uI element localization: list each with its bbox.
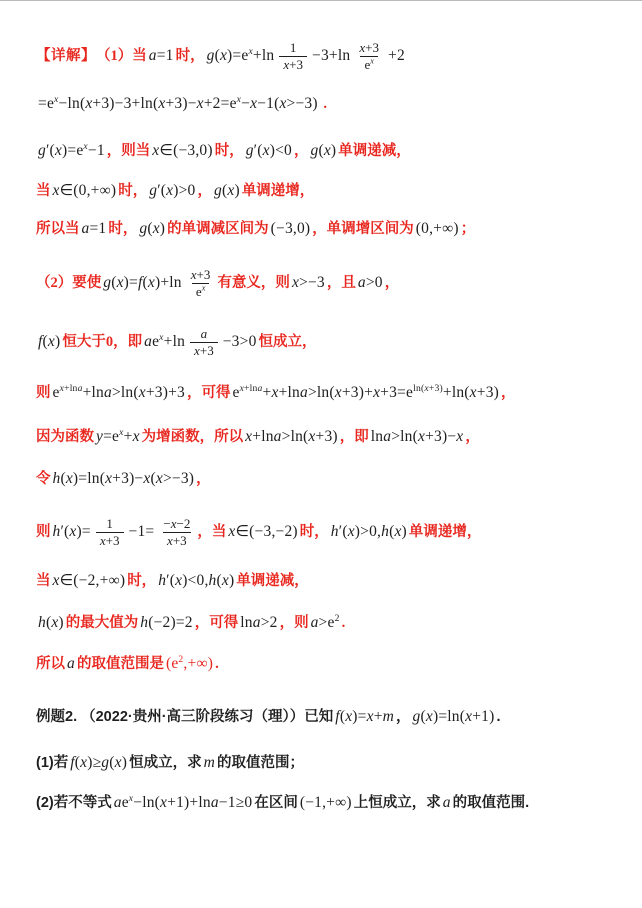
text-run: 的最大值为 xyxy=(66,615,139,632)
doc-line-6: （2）要使g(x)=f(x)+lnx+3ex有意义，则x>−3，且a>0， xyxy=(36,253,638,313)
math-run: ex+lna+lna>ln(x+3)+3 xyxy=(53,384,185,402)
fraction: x+3ex xyxy=(355,41,383,71)
math-run: h′(x)>0,h(x) xyxy=(331,523,407,541)
math-run: y=ex+x xyxy=(96,428,140,446)
fraction: 1x+3 xyxy=(279,41,307,71)
math-run: a xyxy=(443,794,451,812)
text-run: 则 xyxy=(36,524,51,541)
math-run: (0,+∞) xyxy=(416,220,459,238)
text-run: ，则当 xyxy=(107,143,151,160)
math-run: (e2,+∞) xyxy=(166,655,213,673)
text-run: ； xyxy=(461,221,476,238)
text-run: 恒成立， xyxy=(259,334,317,351)
math-run: =ex−ln(x+3)−3+ln(x+3)−x+2=ex−x−1(x>−3) xyxy=(38,95,318,113)
math-run: ex+lna+x+lna>ln(x+3)+x+3=eln(x+3)+ln(x+3… xyxy=(232,384,499,402)
math-run: (−3,0) xyxy=(271,220,311,238)
text-run: 恒大于0，即 xyxy=(62,334,142,351)
text-run: 时， xyxy=(300,524,329,541)
text-run: ，即 xyxy=(340,429,369,446)
doc-line-10: 令h(x)=ln(x+3)−x(x>−3)， xyxy=(36,449,638,509)
text-run: 单调递增， xyxy=(242,183,315,200)
text-run: 的取值范围； xyxy=(217,755,304,772)
text-run: (2)若不等式 xyxy=(36,795,112,812)
text-run: 所以当 xyxy=(36,221,80,238)
text-run: . xyxy=(320,96,327,113)
text-run: . xyxy=(496,709,500,726)
text-run: 恒成立，求 xyxy=(129,755,202,772)
math-run: g(x) xyxy=(214,182,240,200)
fraction: −x−2x+3 xyxy=(159,517,194,547)
text-run: ， xyxy=(294,143,309,160)
text-run: 当 xyxy=(36,573,51,590)
text-run: 时， xyxy=(118,183,147,200)
text-run: . xyxy=(342,615,346,632)
text-run: ，且 xyxy=(327,275,356,292)
text-run: 时， xyxy=(176,48,205,65)
math-run: −3>0 xyxy=(223,333,257,351)
text-run: 时， xyxy=(215,143,244,160)
math-run: a>e2 xyxy=(311,614,340,632)
math-run: a xyxy=(67,655,75,673)
text-run: 单调递增， xyxy=(409,524,482,541)
math-run: x∈(−3,0) xyxy=(152,142,212,160)
text-run: ， xyxy=(196,471,211,488)
math-run: x>−3 xyxy=(292,274,325,292)
math-run: −1= xyxy=(129,523,155,541)
text-run: （2）要使 xyxy=(36,275,101,292)
text-run: ，可得 xyxy=(187,385,231,402)
fraction: ax+3 xyxy=(190,327,218,357)
math-run: aex+ln xyxy=(144,333,185,351)
math-run: x∈(−2,+∞) xyxy=(53,572,126,590)
math-run: a=1 xyxy=(149,47,174,65)
doc-line-14: 所以a的取值范围是(e2,+∞). xyxy=(36,634,638,694)
text-run: ， xyxy=(385,275,400,292)
text-run: 时， xyxy=(108,221,137,238)
math-run: a>0 xyxy=(358,274,383,292)
math-run: lna>2 xyxy=(240,614,277,632)
math-run: a=1 xyxy=(82,220,107,238)
text-run: ，单调增区间为 xyxy=(312,221,414,238)
math-run: h(x)=ln(x+3)−x(x>−3) xyxy=(53,470,195,488)
math-run: +2 xyxy=(388,47,405,65)
math-run: g(x) xyxy=(310,142,336,160)
math-run: g′(x)<0 xyxy=(246,142,292,160)
math-run: g′(x)=ex−1 xyxy=(38,142,105,160)
math-run: g(x)=ex+ln xyxy=(207,47,275,65)
math-run: g(x) xyxy=(139,220,165,238)
math-run: aex−ln(x+1)+lna−1≥0 xyxy=(114,794,253,812)
math-run: h′(x)<0,h(x) xyxy=(158,572,234,590)
text-run: 有意义，则 xyxy=(217,275,290,292)
text-run: 单调递减， xyxy=(338,143,411,160)
math-run: x+lna>ln(x+3) xyxy=(245,428,338,446)
text-run: 在区间 xyxy=(254,795,298,812)
text-run: 则 xyxy=(36,385,51,402)
text-run: 【详解】 xyxy=(36,48,96,65)
math-run: h(−2)=2 xyxy=(140,614,192,632)
text-run: 的取值范围是 xyxy=(77,656,164,673)
text-run: 令 xyxy=(36,471,51,488)
text-run: 为增函数，所以 xyxy=(142,429,244,446)
fraction: x+3ex xyxy=(187,268,215,298)
math-run: h′(x)= xyxy=(53,523,91,541)
fraction: 1x+3 xyxy=(96,517,124,547)
math-run: f(x)≥g(x) xyxy=(70,754,127,772)
math-run: −3+ln xyxy=(312,47,350,65)
text-run: 的取值范围. xyxy=(453,795,530,812)
math-run: h(x) xyxy=(38,614,64,632)
text-run: ，当 xyxy=(197,524,226,541)
math-run: m xyxy=(204,754,215,772)
math-run: g(x)=ln(x+1) xyxy=(413,708,495,726)
math-run: g′(x)>0 xyxy=(149,182,195,200)
math-run: x∈(−3,−2) xyxy=(228,523,297,541)
text-run: . xyxy=(215,656,219,673)
text-run: ，则 xyxy=(280,615,309,632)
math-run: f(x)=x+m xyxy=(335,708,394,726)
math-run: f(x) xyxy=(38,333,60,351)
text-run: ，可得 xyxy=(195,615,239,632)
text-run: 单调递减， xyxy=(236,573,309,590)
text-run: (1)若 xyxy=(36,755,68,772)
math-run: g(x)=f(x)+ln xyxy=(103,274,182,292)
math-run: x∈(0,+∞) xyxy=(53,182,117,200)
text-run: 例题2. （2022·贵州·高三阶段练习（理））已知 xyxy=(36,709,333,726)
text-run: 所以 xyxy=(36,656,65,673)
text-run: 的单调减区间为 xyxy=(167,221,269,238)
doc-line-17: (2)若不等式aex−ln(x+1)+lna−1≥0在区间(−1,+∞)上恒成立… xyxy=(36,773,638,833)
text-run: ， xyxy=(465,429,480,446)
text-run: 因为函数 xyxy=(36,429,94,446)
text-run: （1）当 xyxy=(96,48,147,65)
document-page: 【详解】（1）当a=1时，g(x)=ex+ln1x+3−3+lnx+3ex+2=… xyxy=(0,0,642,908)
math-run: (−1,+∞) xyxy=(300,794,352,812)
math-run: lna>ln(x+3)−x xyxy=(371,428,464,446)
text-run: 上恒成立，求 xyxy=(354,795,441,812)
text-run: ， xyxy=(396,709,411,726)
text-run: ， xyxy=(198,183,213,200)
text-run: 当 xyxy=(36,183,51,200)
text-run: 时， xyxy=(127,573,156,590)
doc-line-5: 所以当a=1时，g(x)的单调减区间为(−3,0)，单调增区间为(0,+∞)； xyxy=(36,199,638,259)
text-run: ， xyxy=(501,385,516,402)
